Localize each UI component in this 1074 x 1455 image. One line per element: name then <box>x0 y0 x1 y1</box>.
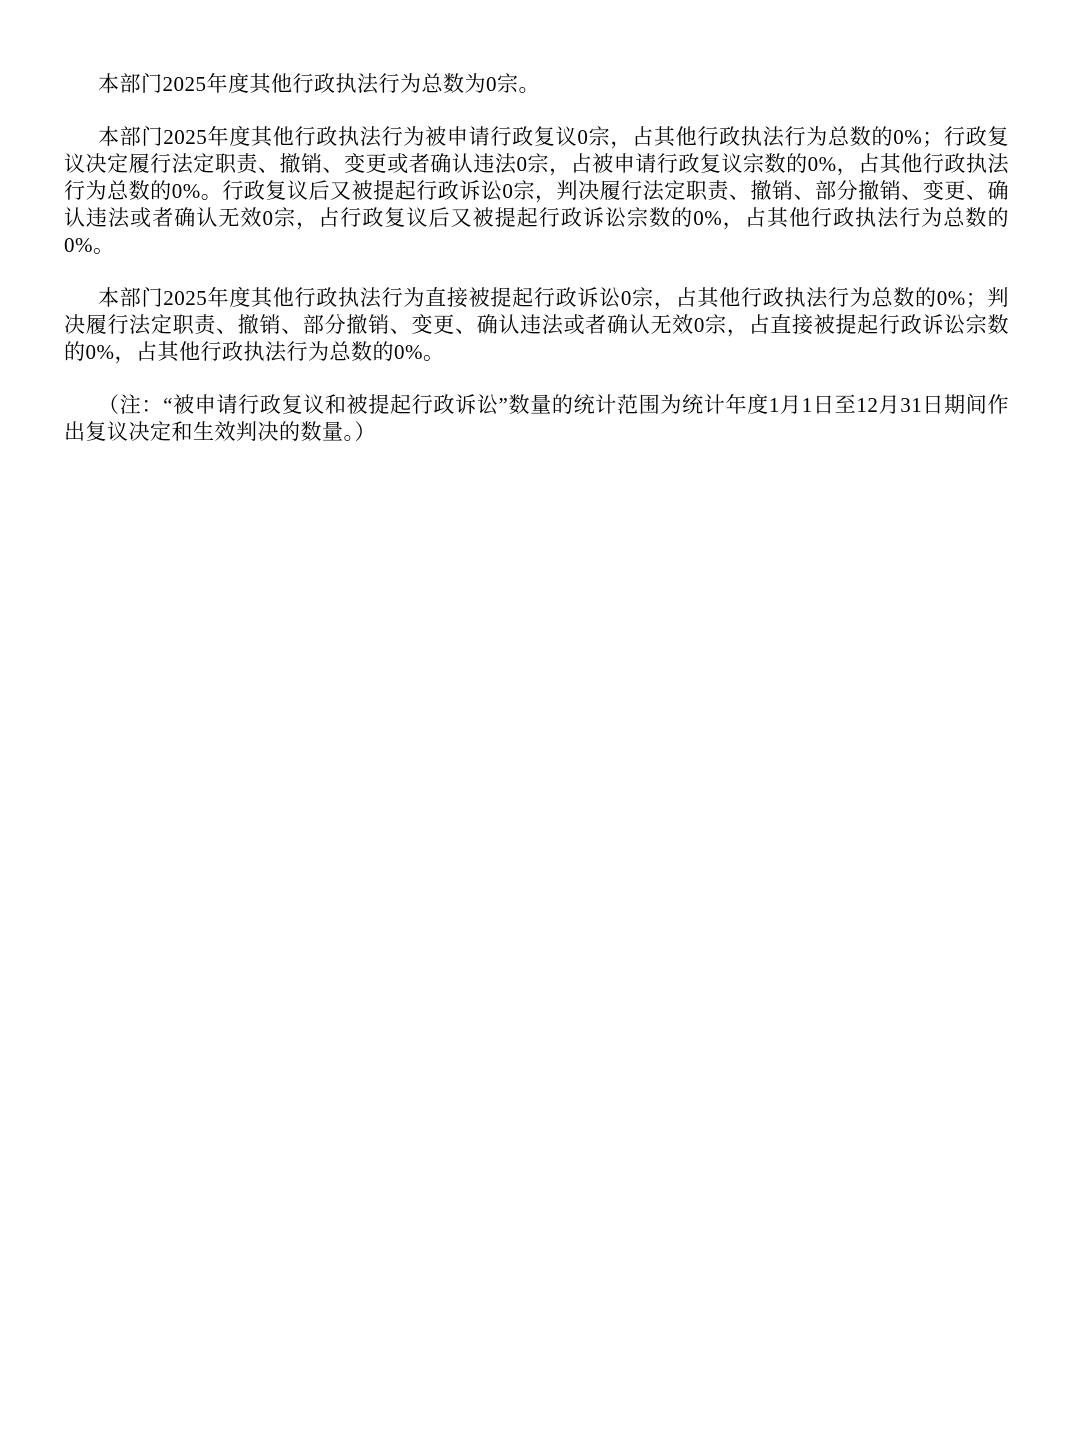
paragraph-other-enforcement-total: 本部门2025年度其他行政执法行为总数为0宗。 <box>64 71 1009 98</box>
paragraph-administrative-reconsideration-stats: 本部门2025年度其他行政执法行为被申请行政复议0宗，占其他行政执法行为总数的0… <box>64 124 1009 259</box>
paragraph-administrative-litigation-stats: 本部门2025年度其他行政执法行为直接被提起行政诉讼0宗，占其他行政执法行为总数… <box>64 285 1009 366</box>
document-page: 本部门2025年度其他行政执法行为总数为0宗。 本部门2025年度其他行政执法行… <box>0 0 1074 1455</box>
paragraph-statistics-note: （注：“被申请行政复议和被提起行政诉讼”数量的统计范围为统计年度1月1日至12月… <box>64 392 1009 446</box>
